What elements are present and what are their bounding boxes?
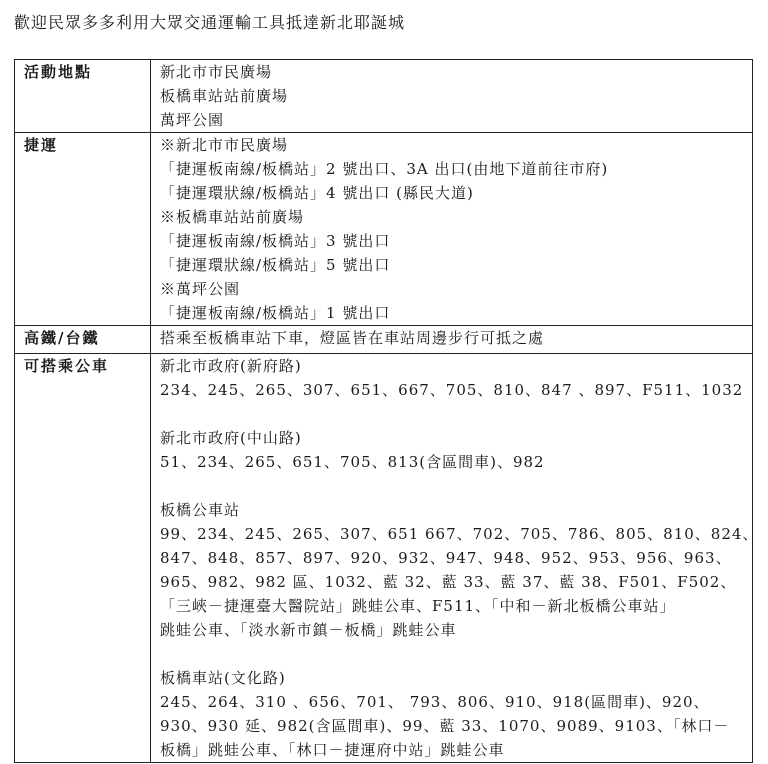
spacer [160,474,746,498]
location-item: 板橋車站站前廣場 [160,84,746,108]
bus-route-list: 板橋」跳蛙公車、「林口－捷運府中站」跳蛙公車 [160,738,746,762]
bus-stop-group: 新北市政府(新府路) 234、245、265、307、651、667、705、8… [160,354,746,402]
event-locations-cell: 新北市市民廣場 板橋車站站前廣場 萬坪公園 [151,60,753,133]
bus-stop-group: 板橋車站(文化路) 245、264、310 、656、701、 793、806、… [160,666,746,762]
mrt-cell: ※新北市市民廣場 「捷運板南線/板橋站」2 號出口、3A 出口(由地下道前往市府… [151,133,753,326]
bus-route-list: 51、234、265、651、705、813(含區間車)、982 [160,450,746,474]
table-row-mrt: 捷運 ※新北市市民廣場 「捷運板南線/板橋站」2 號出口、3A 出口(由地下道前… [15,133,753,326]
bus-route-list: 847、848、857、897、920、932、947、948、952、953、… [160,546,746,570]
location-item: 新北市市民廣場 [160,60,746,84]
mrt-exit-info: 「捷運板南線/板橋站」1 號出口 [160,301,746,325]
transport-info-table: 活動地點 新北市市民廣場 板橋車站站前廣場 萬坪公園 捷運 ※新北市市民廣場 「… [14,59,753,763]
bus-stop-name: 板橋車站(文化路) [160,666,746,690]
bus-route-list: 245、264、310 、656、701、 793、806、910、918(區間… [160,690,746,714]
rail-info: 搭乘至板橋車站下車，燈區皆在車站周邊步行可抵之處 [160,326,746,350]
bus-route-list: 「三峽－捷運臺大醫院站」跳蛙公車、F511、「中和－新北板橋公車站」 [160,594,746,618]
spacer [160,402,746,426]
mrt-exit-info: 「捷運環狀線/板橋站」4 號出口 (縣民大道) [160,181,746,205]
table-row-rail: 高鐵/台鐵 搭乘至板橋車站下車，燈區皆在車站周邊步行可抵之處 [15,326,753,354]
bus-route-list: 跳蛙公車、「淡水新市鎮－板橋」跳蛙公車 [160,618,746,642]
mrt-destination-heading: ※萬坪公園 [160,277,746,301]
mrt-exit-info: 「捷運環狀線/板橋站」5 號出口 [160,253,746,277]
location-item: 萬坪公園 [160,108,746,132]
mrt-exit-info: 「捷運板南線/板橋站」2 號出口、3A 出口(由地下道前往市府) [160,157,746,181]
bus-stop-group: 板橋公車站 99、234、245、265、307、651 667、702、705… [160,498,746,642]
mrt-destination-heading: ※板橋車站站前廣場 [160,205,746,229]
mrt-exit-info: 「捷運板南線/板橋站」3 號出口 [160,229,746,253]
row-label-rail: 高鐵/台鐵 [15,326,151,354]
bus-route-list: 99、234、245、265、307、651 667、702、705、786、8… [160,522,746,546]
table-row-event-locations: 活動地點 新北市市民廣場 板橋車站站前廣場 萬坪公園 [15,60,753,133]
row-label-mrt: 捷運 [15,133,151,326]
mrt-destination-heading: ※新北市市民廣場 [160,133,746,157]
row-label-bus: 可搭乘公車 [15,354,151,763]
table-row-bus: 可搭乘公車 新北市政府(新府路) 234、245、265、307、651、667… [15,354,753,763]
bus-stop-name: 板橋公車站 [160,498,746,522]
page-title: 歡迎民眾多多利用大眾交通運輸工具抵達新北耶誕城 [14,12,405,34]
bus-stop-group: 新北市政府(中山路) 51、234、265、651、705、813(含區間車)、… [160,426,746,474]
spacer [160,642,746,666]
rail-cell: 搭乘至板橋車站下車，燈區皆在車站周邊步行可抵之處 [151,326,753,354]
bus-stop-name: 新北市政府(中山路) [160,426,746,450]
bus-stop-name: 新北市政府(新府路) [160,354,746,378]
bus-route-list: 965、982、982 區、1032、藍 32、藍 33、藍 37、藍 38、F… [160,570,746,594]
row-label-event-locations: 活動地點 [15,60,151,133]
bus-cell: 新北市政府(新府路) 234、245、265、307、651、667、705、8… [151,354,753,763]
bus-route-list: 234、245、265、307、651、667、705、810、847 、897… [160,378,746,402]
bus-route-list: 930、930 延、982(含區間車)、99、藍 33、1070、9089、91… [160,714,746,738]
